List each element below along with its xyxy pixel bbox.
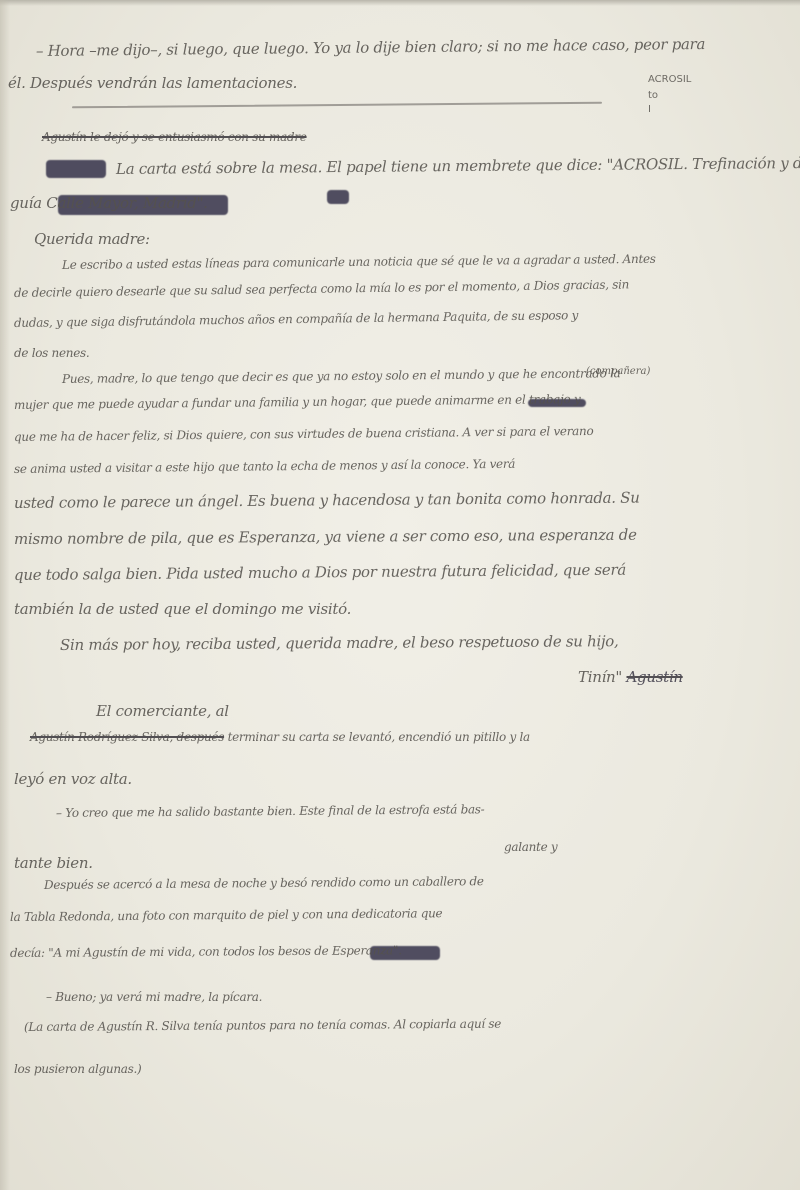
manuscript-line: decía: "A mi Agustín de mi vida, con tod… <box>10 943 402 960</box>
manuscript-line: Sin más por hoy, reciba usted, querida m… <box>60 632 619 654</box>
manuscript-line: se anima usted a visitar a este hijo que… <box>14 457 515 476</box>
manuscript-line: (La carta de Agustín R. Silva tenía punt… <box>24 1017 501 1034</box>
manuscript-line: – Yo creo que me ha salido bastante bien… <box>56 802 485 820</box>
margin-note: I <box>648 104 651 115</box>
redaction-mark <box>46 160 106 178</box>
manuscript-line: que me ha de hacer feliz, si Dios quiere… <box>14 424 593 444</box>
line-continuation: terminar su carta se levantó, encendió u… <box>228 730 530 744</box>
interlinear-insertion: El comerciante, al <box>96 702 229 720</box>
manuscript-line: la Tabla Redonda, una foto con marquito … <box>10 906 442 924</box>
manuscript-line: los pusieron algunas.) <box>14 1062 141 1076</box>
manuscript-line: – Hora –me dijo–, si luego, que luego. Y… <box>36 35 705 60</box>
margin-note: ACROSIL <box>648 74 691 85</box>
manuscript-line: también la de usted que el domingo me vi… <box>14 600 351 618</box>
redaction-mark <box>327 190 349 204</box>
manuscript-line: Después se acercó a la mesa de noche y b… <box>44 874 484 892</box>
interlinear-insertion: galante y <box>504 840 557 854</box>
manuscript-line: tante bien. <box>14 854 93 872</box>
manuscript-line: mismo nombre de pila, que es Esperanza, … <box>14 526 637 548</box>
manuscript-line: dudas, y que siga disfrutándola muchos a… <box>14 308 578 330</box>
manuscript-line: que todo salga bien. Pida usted mucho a … <box>14 561 626 584</box>
interlinear-insertion: (compañera) <box>586 366 650 377</box>
manuscript-line: leyó en voz alta. <box>14 770 132 788</box>
struck-signature: Agustín <box>627 668 683 686</box>
manuscript-line: guía Calle Mayor, Madrid". <box>10 194 208 212</box>
manuscript-line: de decirle quiero desearle que su salud … <box>14 277 629 300</box>
separator-line <box>72 102 602 109</box>
struck-out-name: Agustín Rodríguez Silva, después <box>30 730 224 744</box>
manuscript-line: mujer que me puede ayudar a fundar una f… <box>14 392 581 412</box>
paper-top-edge <box>0 0 800 6</box>
manuscript-line: Pues, madre, lo que tengo que decir es q… <box>62 366 621 386</box>
struck-out-line: Agustín le dejó y se entusiasmó con su m… <box>42 130 307 144</box>
manuscript-page: – Hora –me dijo–, si luego, que luego. Y… <box>0 0 800 1190</box>
manuscript-line: Querida madre: <box>34 230 150 248</box>
manuscript-line: Agustín Rodríguez Silva, después termina… <box>30 730 530 744</box>
signature-name: Tinín" <box>578 668 622 686</box>
manuscript-line: él. Después vendrán las lamentaciones. <box>8 74 297 92</box>
signature: Tinín" Agustín <box>578 668 683 686</box>
manuscript-line: – Bueno; ya verá mi madre, la pícara. <box>46 990 262 1004</box>
manuscript-line: usted como le parece un ángel. Es buena … <box>14 489 640 512</box>
margin-note: to <box>648 90 658 101</box>
manuscript-line: de los nenes. <box>14 346 89 360</box>
manuscript-line: La carta está sobre la mesa. El papel ti… <box>116 154 800 178</box>
paper-left-edge <box>0 0 10 1190</box>
manuscript-line: Le escribo a usted estas líneas para com… <box>62 252 656 272</box>
